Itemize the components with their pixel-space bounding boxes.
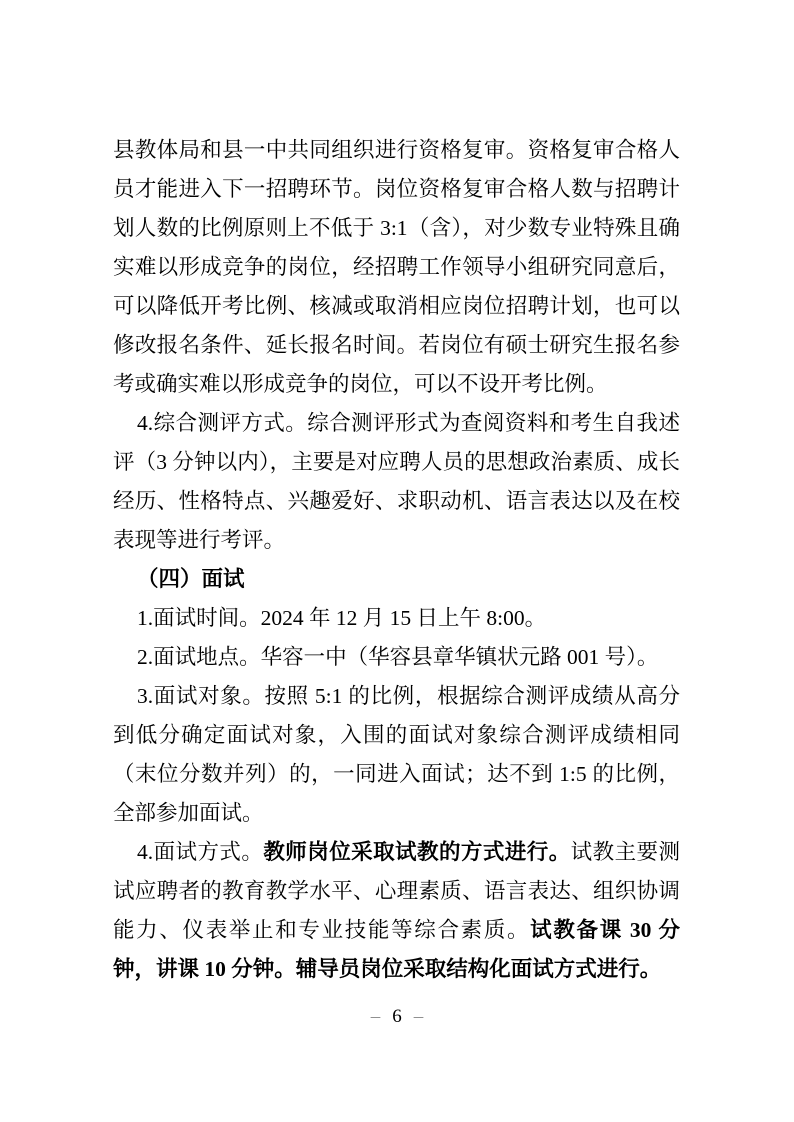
text-run: 3.面试对象。按照 5:1 的比例，根据综合测评成绩从高分到低分确定面试对象，入… [113, 684, 680, 825]
text-run: 1.面试时间。2024 年 12 月 15 日上午 8:00。 [137, 606, 546, 630]
page-footer: –6– [0, 1004, 794, 1030]
paragraph-interview-location: 2.面试地点。华容一中（华容县章华镇状元路 001 号）。 [113, 638, 680, 677]
text-run: 4.面试方式。 [137, 840, 263, 864]
document-body: 县教体局和县一中共同组织进行资格复审。资格复审合格人员才能进入下一招聘环节。岗位… [113, 131, 680, 989]
paragraph-interview-method: 4.面试方式。教师岗位采取试教的方式进行。试教主要测试应聘者的教育教学水平、心理… [113, 833, 680, 989]
paragraph-interview-candidates: 3.面试对象。按照 5:1 的比例，根据综合测评成绩从高分到低分确定面试对象，入… [113, 677, 680, 833]
paragraph-qualification-review: 县教体局和县一中共同组织进行资格复审。资格复审合格人员才能进入下一招聘环节。岗位… [113, 131, 680, 404]
footer-left-dash: – [371, 1006, 381, 1027]
text-run: 县教体局和县一中共同组织进行资格复审。资格复审合格人员才能进入下一招聘环节。岗位… [113, 138, 680, 396]
text-run: 2.面试地点。华容一中（华容县章华镇状元路 001 号）。 [137, 645, 658, 669]
paragraph-interview-time: 1.面试时间。2024 年 12 月 15 日上午 8:00。 [113, 599, 680, 638]
section-heading-interview: （四）面试 [113, 560, 680, 599]
text-run-bold: 教师岗位采取试教的方式进行。 [263, 840, 570, 864]
document-page: 县教体局和县一中共同组织进行资格复审。资格复审合格人员才能进入下一招聘环节。岗位… [0, 0, 794, 1122]
heading-text: （四）面试 [137, 567, 245, 591]
paragraph-comprehensive-evaluation-method: 4.综合测评方式。综合测评形式为查阅资料和考生自我述评（3 分钟以内），主要是对… [113, 404, 680, 560]
footer-right-dash: – [414, 1006, 424, 1027]
page-number: 6 [392, 1006, 402, 1027]
text-run: 4.综合测评方式。综合测评形式为查阅资料和考生自我述评（3 分钟以内），主要是对… [113, 411, 680, 552]
